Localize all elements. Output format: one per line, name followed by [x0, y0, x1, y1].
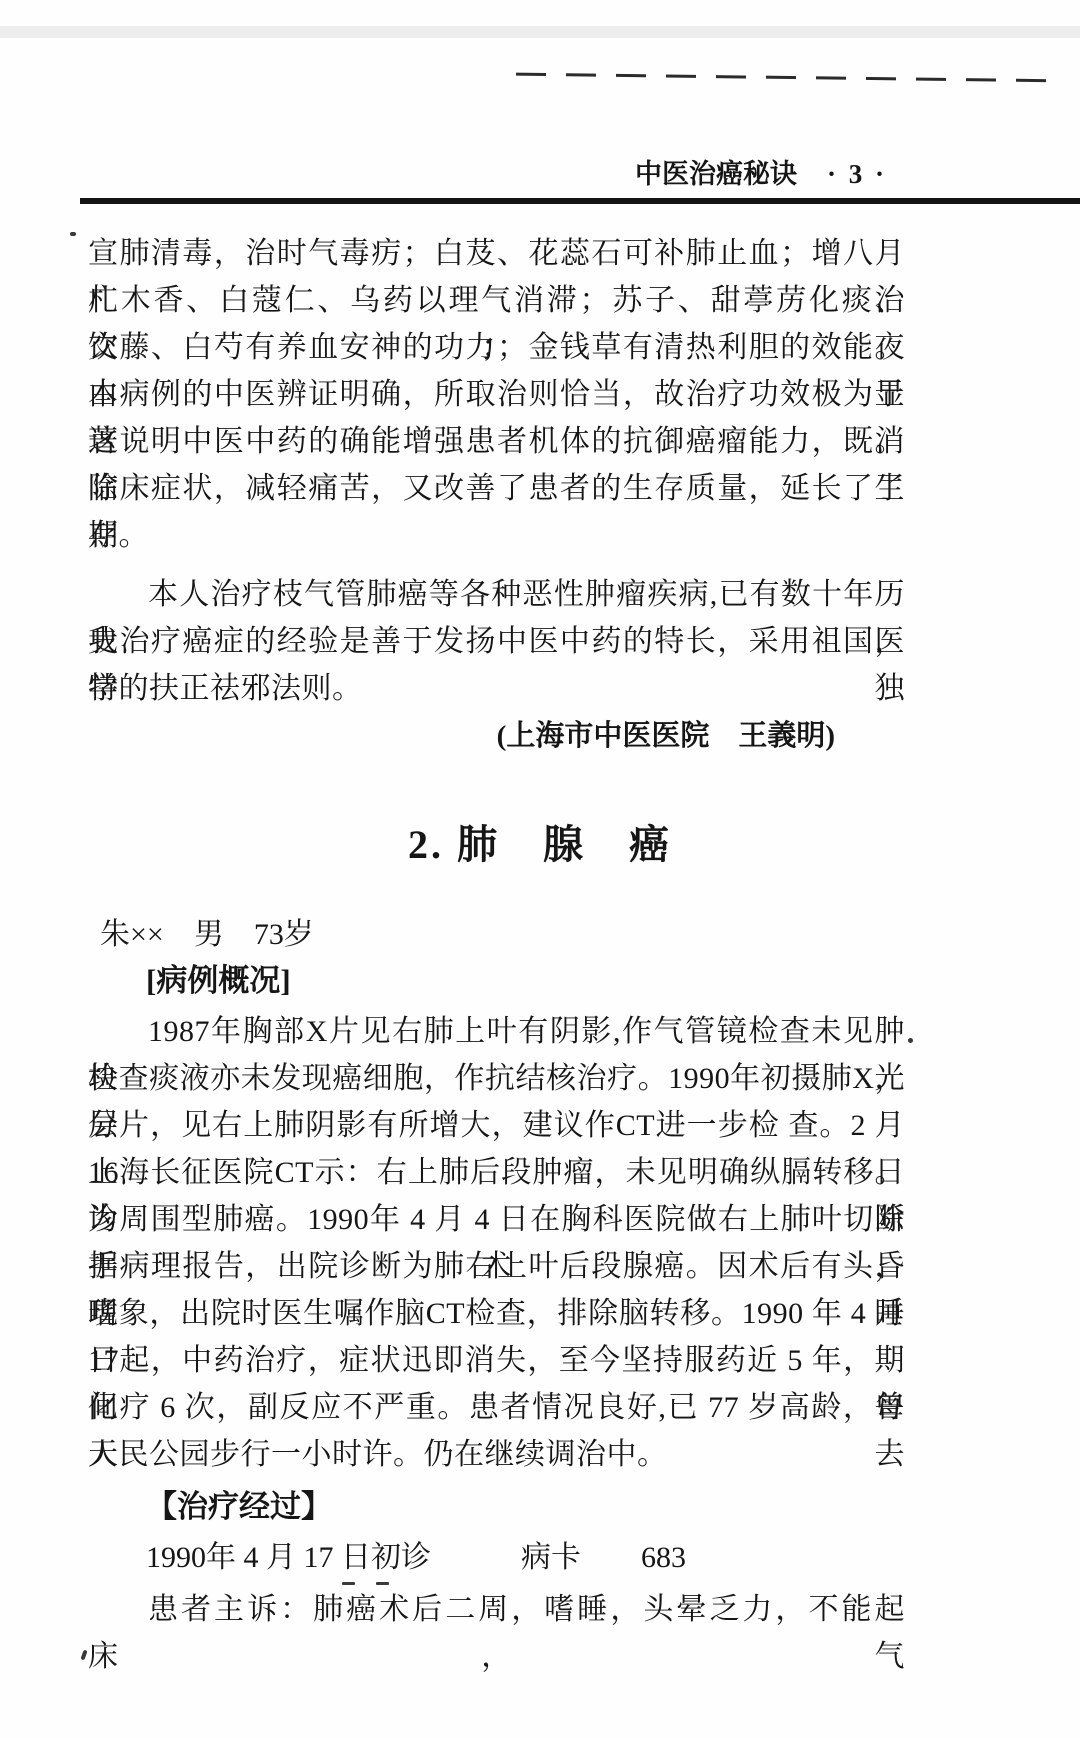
text-line: 本人治疗枝气管肺癌等各种恶性肿瘤疾病,已有数十年历史，: [88, 571, 905, 618]
text-line: 1987年胸部X片见右肺上叶有阴影,作气管镜检查未见肿块，: [88, 1008, 905, 1055]
text-line: 这说明中医中药的确能增强患者机体的抗御癌瘤能力，既消除了: [88, 418, 905, 465]
text-line: 期。: [88, 512, 905, 559]
text-line: 患者主诉：肺癌术后二周，嗜睡，头晕乏力，不能起床，气: [88, 1586, 905, 1633]
case-overview-heading: [病例概况]: [146, 960, 291, 1002]
text-line: 上海长征医院CT示：右上肺后段肿瘤，未见明确纵膈转移。诊断: [88, 1149, 905, 1196]
text-line: 检查痰液亦未发现癌细胞，作抗结核治疗。1990年初摄肺X光分: [88, 1055, 905, 1102]
text-line: 本病例的中医辨证明确，所取治则恰当，故治疗功效极为显著。: [88, 371, 905, 418]
text-line: 交藤、白芍有养血安神的功力；金钱草有清热利胆的效能。由于: [88, 324, 905, 371]
patient-summary: 朱×× 男 73岁: [88, 914, 314, 956]
text-line: 现象，出院时医生嘱作脑CT检查，排除脑转移。1990 年 4 月 17: [88, 1290, 905, 1337]
text-line: 宣肺清毒，治时气毒疠；白芨、花蕊石可补肺止血；增八月札、: [88, 230, 905, 277]
header-rule: [80, 198, 1080, 204]
text-line: 临床症状，减轻痛苦，又改善了患者的生存质量，延长了生存: [88, 465, 905, 512]
scan-speck: [80, 1650, 87, 1661]
author-attribution: (上海市中医医院 王義明): [88, 716, 905, 756]
text-line: 日起，中药治疗，症状迅即消失，至今坚持服药近 5 年，期间曾: [88, 1337, 905, 1384]
page-number: · 3 ·: [827, 159, 887, 189]
closing-paragraph: 本人治疗枝气管肺癌等各种恶性肿瘤疾病,已有数十年历史， 我治疗癌症的经验是善于发…: [88, 571, 905, 712]
text-line: 为周围型肺癌。1990年 4 月 4 日在胸科医院做右上肺叶切除手术，: [88, 1196, 905, 1243]
text-line: 化疗 6 次，副反应不严重。患者情况良好,已 77 岁高龄，每天去: [88, 1384, 905, 1431]
book-title: 中医治癌秘诀: [635, 159, 797, 189]
treatment-heading: 【治疗经过】: [146, 1486, 332, 1528]
treatment-paragraph: 患者主诉：肺癌术后二周，嗜睡，头晕乏力，不能起床，气: [88, 1586, 905, 1633]
text-line: 我治疗癌症的经验是善于发扬中医中药的特长，采用祖国医学独: [88, 618, 905, 665]
visit-record-line: 1990年 4 月 17 日初诊 病卡 683: [146, 1536, 686, 1580]
text-line: 层片，见右上肺阴影有所增大，建议作CT进一步检 查。2 月 16 日: [88, 1102, 905, 1149]
scan-speck: [70, 232, 76, 236]
book-page: 中医治癌秘诀· 3 · 宣肺清毒，治时气毒疠；白芨、花蕊石可补肺止血；增八月札、…: [0, 0, 1080, 1738]
intro-paragraph: 宣肺清毒，治时气毒疠；白芨、花蕊石可补肺止血；增八月札、 广木香、白蔻仁、乌药以…: [88, 230, 905, 559]
running-header: 中医治癌秘诀· 3 ·: [88, 156, 905, 192]
case-overview-paragraph: 1987年胸部X片见右肺上叶有阴影,作气管镜检查未见肿块， 检查痰液亦未发现癌细…: [88, 1008, 905, 1478]
scan-speck: [376, 1582, 389, 1585]
scan-artifact-band: [0, 26, 1080, 38]
text-line: 据病理报告，出院诊断为肺右上叶后段腺癌。因术后有头昏嗜睡: [88, 1243, 905, 1290]
text-line: 广木香、白蔻仁、乌药以理气消滞；苏子、甜葶苈化痰治饮；夜: [88, 277, 905, 324]
scan-speck: [342, 1582, 355, 1585]
section-title: 2. 肺 腺 癌: [0, 820, 1080, 870]
scan-speck: [908, 1038, 913, 1043]
dashed-rule: [516, 73, 1060, 83]
